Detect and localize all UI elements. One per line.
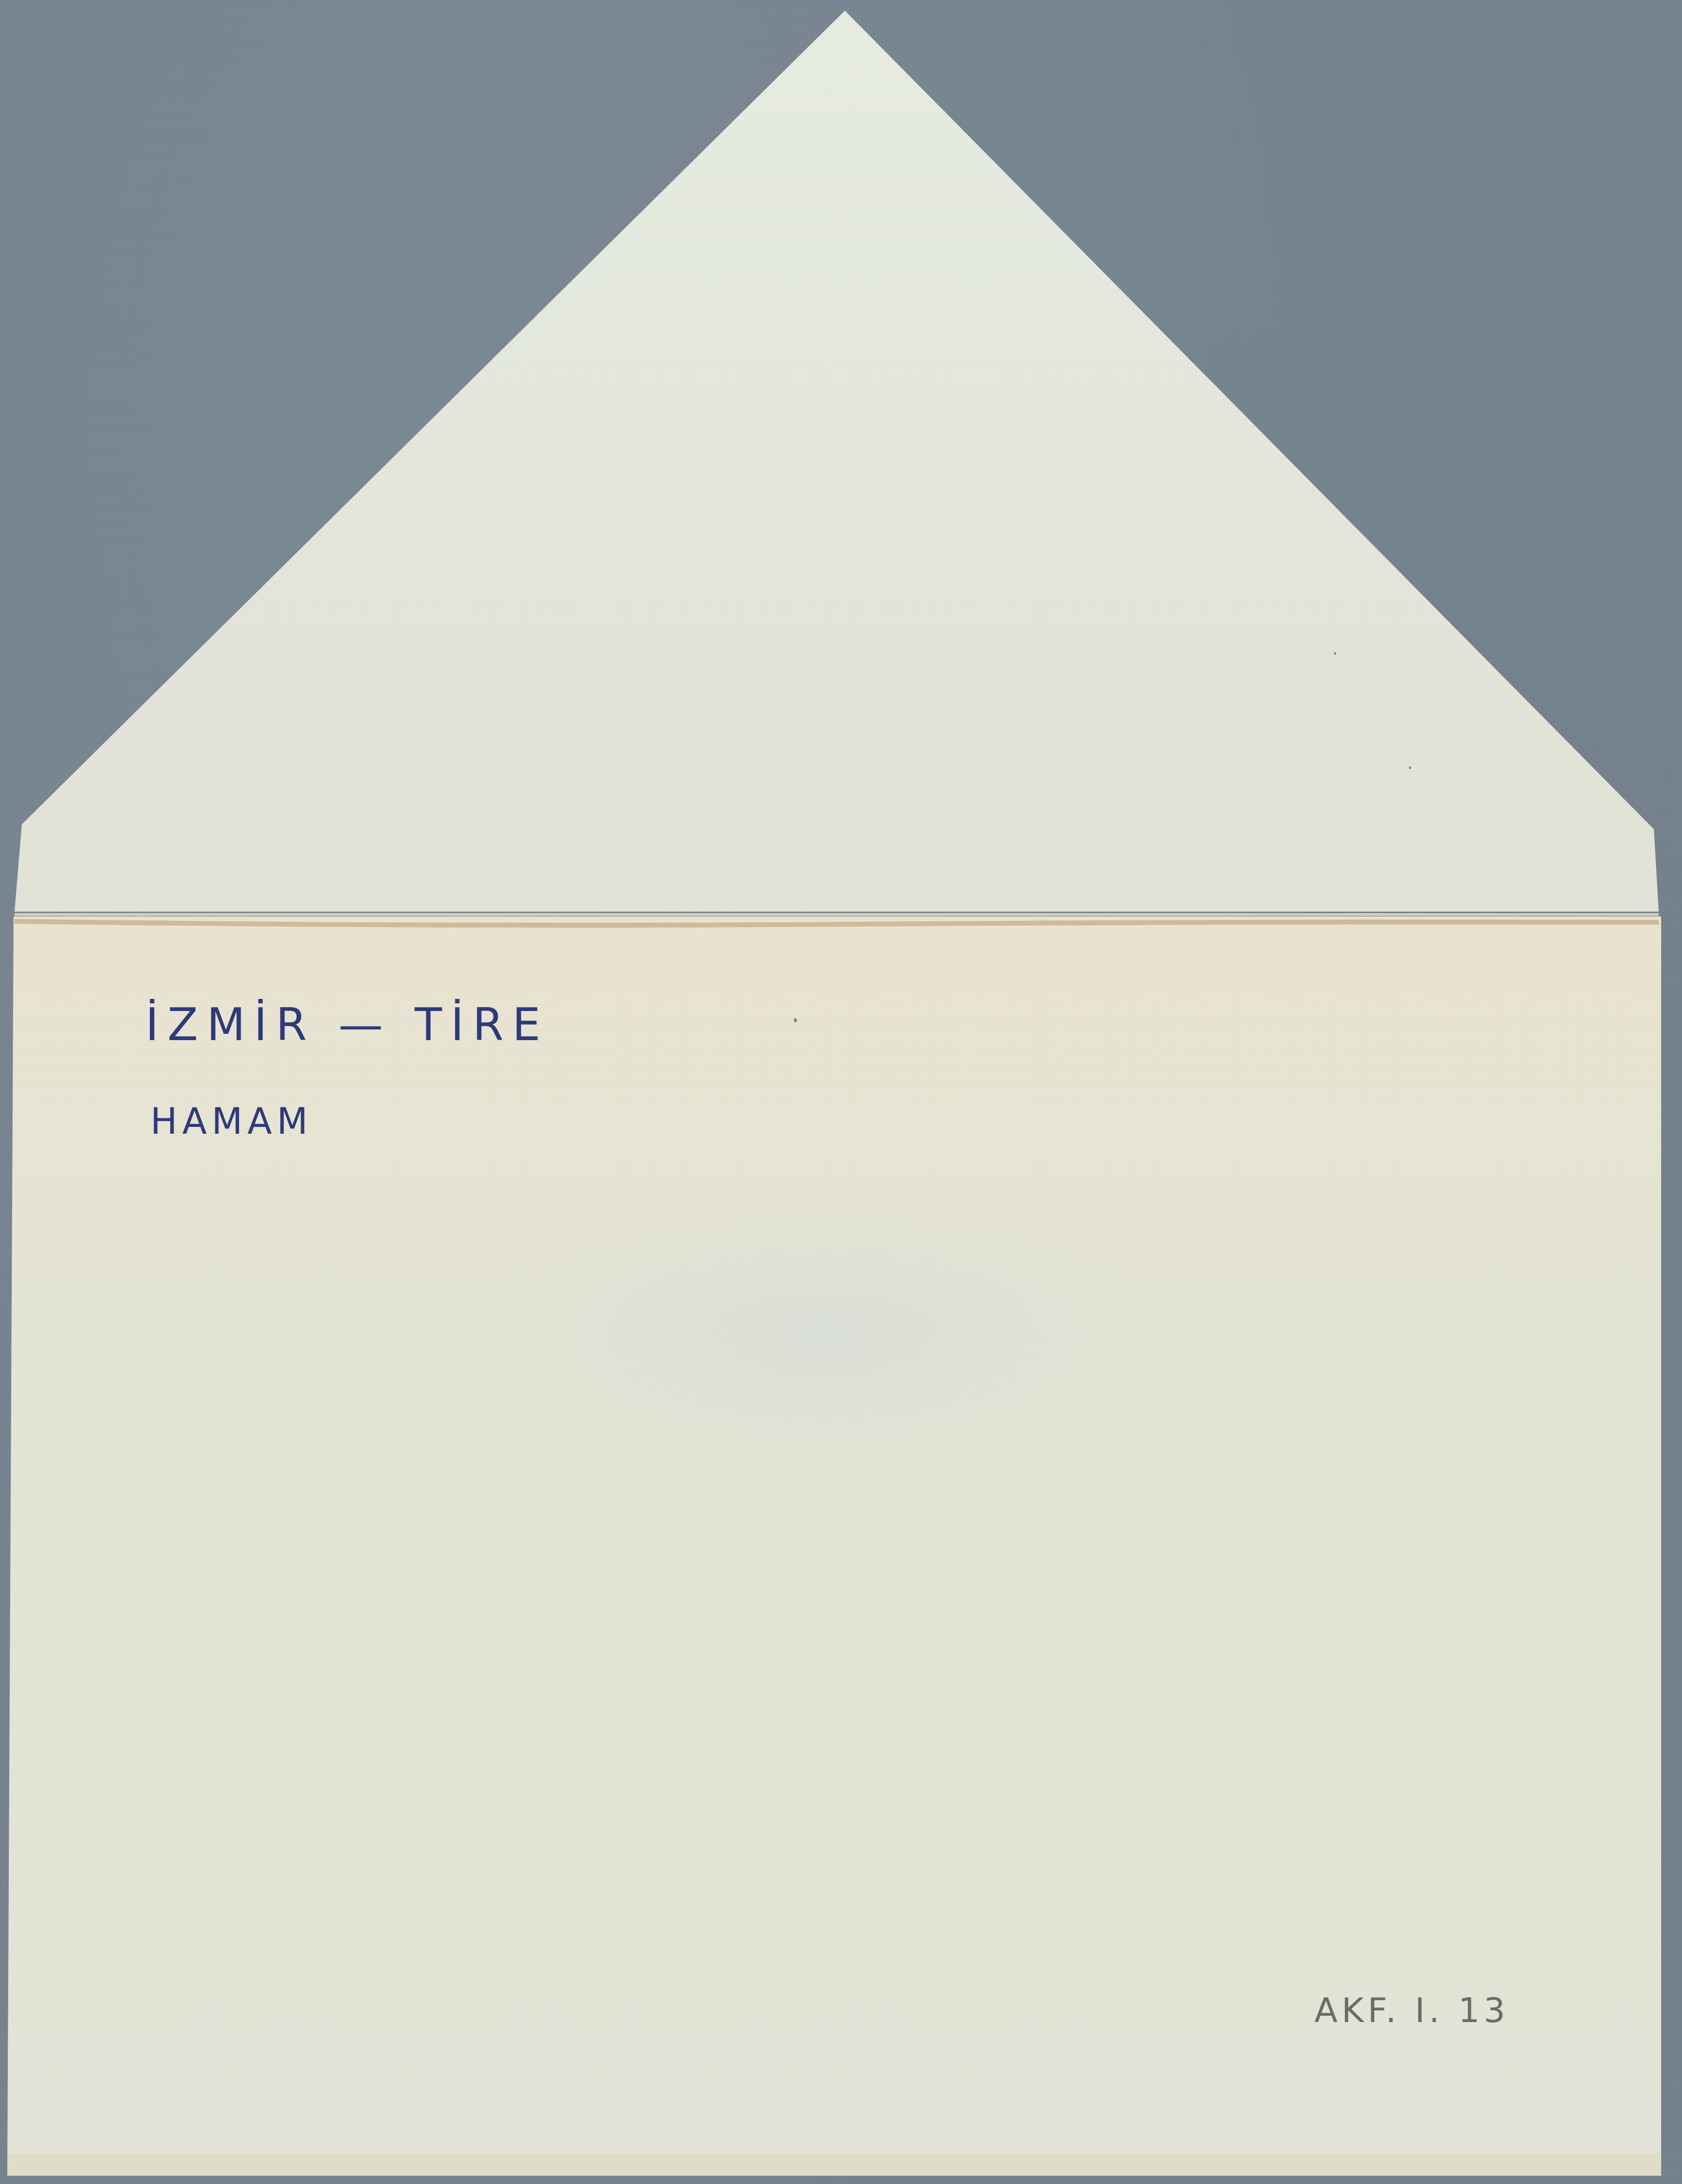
envelope-flap xyxy=(15,11,1659,912)
handwritten-location: İZMİR — TİRE xyxy=(146,999,549,1051)
pencil-catalog-reference: AKF. I. 13 xyxy=(1314,1991,1509,2030)
paper-speck xyxy=(794,1018,797,1022)
paper-speck xyxy=(1334,652,1336,655)
handwritten-subject: HAMAM xyxy=(150,1101,313,1142)
envelope xyxy=(0,0,1682,2184)
paper-speck xyxy=(1409,766,1411,769)
